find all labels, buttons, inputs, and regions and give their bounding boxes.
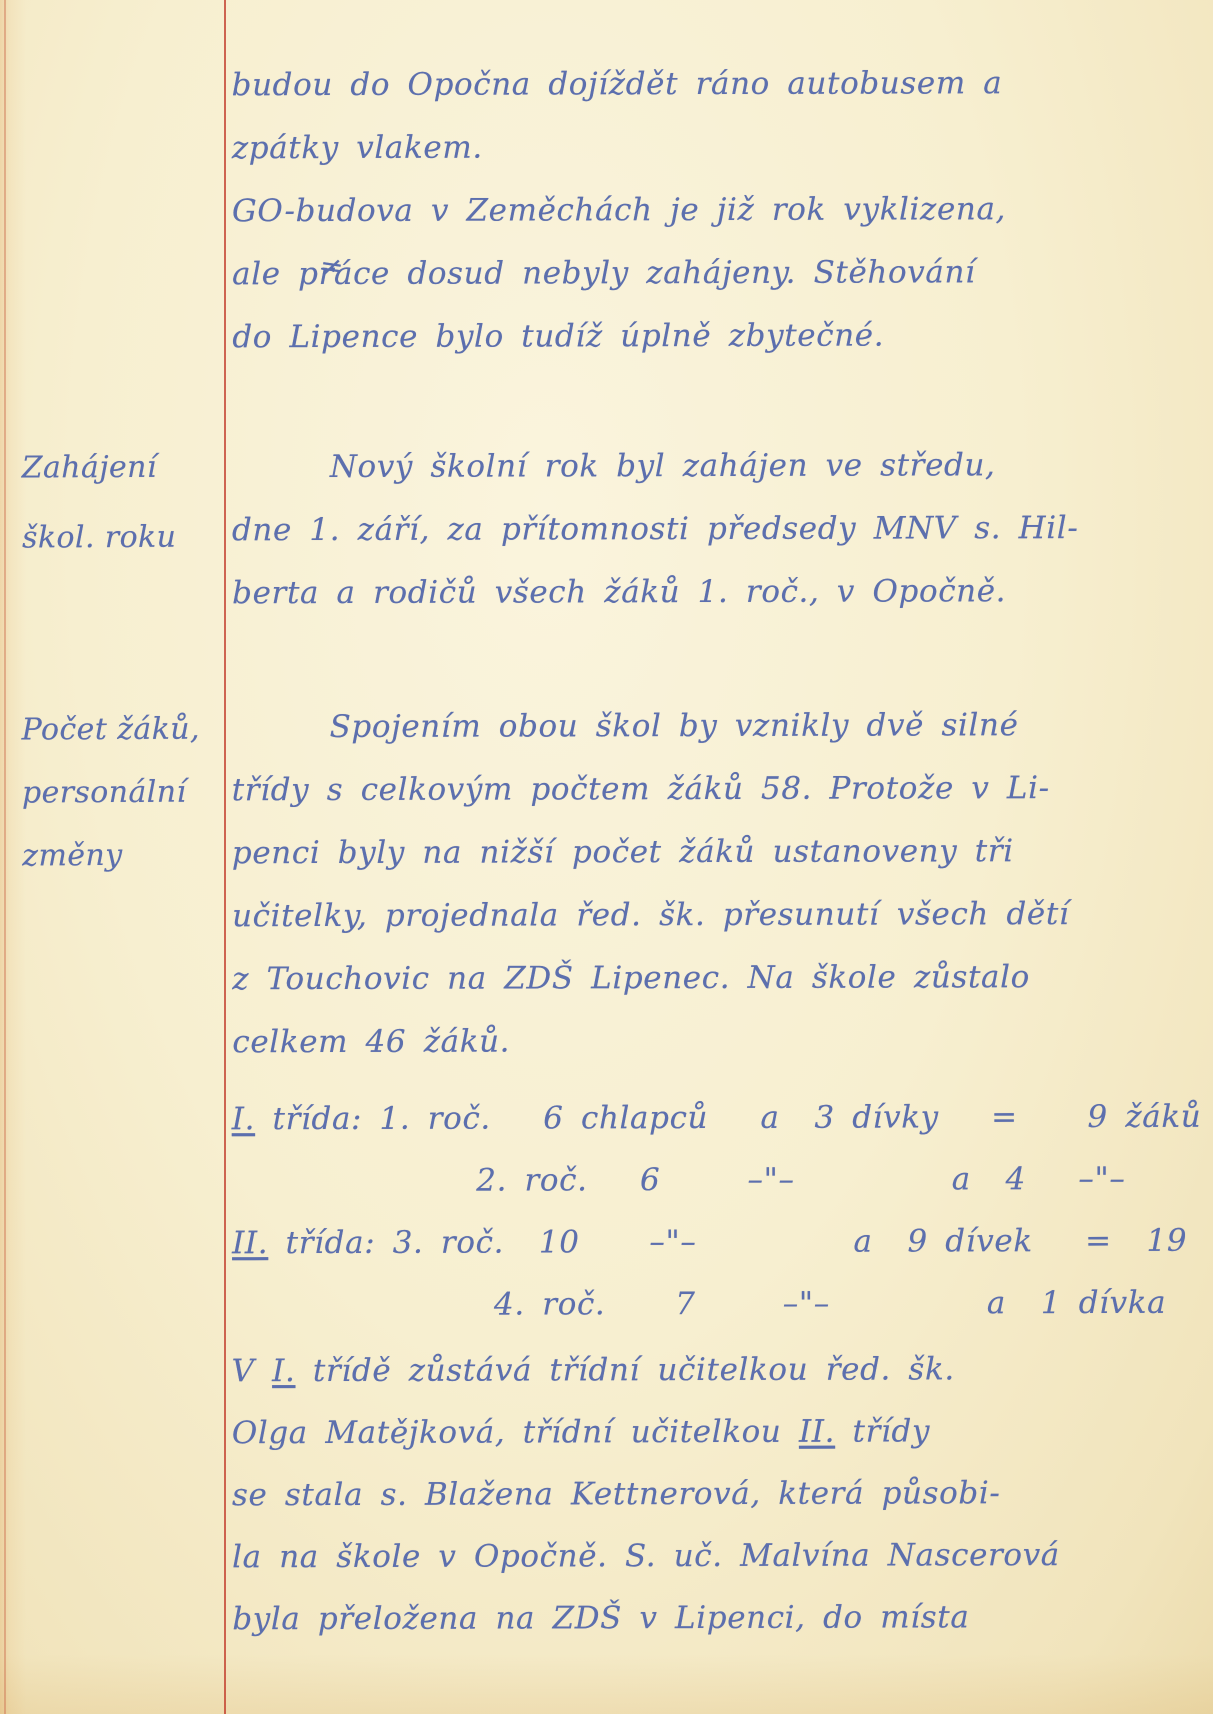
class-counts-table: I. třída: 1. roč. 6 chlapců a 3 dívky = …: [232, 1099, 1188, 1349]
handwritten-line: z Touchovic na ZDŠ Lipenec. Na škole zůs…: [232, 959, 1187, 1024]
handwritten-line: Nový školní rok byl zahájen ve středu,: [232, 447, 1187, 512]
handwritten-line: budou do Opočna dojíždět ráno autobusem …: [232, 65, 1187, 130]
table-row: 2. roč. 6 –"– a 4 –"– = 10 –"–: [232, 1161, 1187, 1226]
paragraph-pupil-numbers: Spojením obou škol by vznikly dvě silné …: [232, 707, 1188, 1087]
table-row: 4. roč. 7 –"– a 1 dívka = 8 –"–: [232, 1285, 1187, 1349]
paragraph-continuation: budou do Opočna dojíždět ráno autobusem …: [232, 65, 1188, 382]
handwritten-line: la na škole v Opočně. S. uč. Malvína Nas…: [232, 1537, 1187, 1602]
handwritten-line: byla přeložena na ZDŠ v Lipenci, do míst…: [232, 1599, 1187, 1663]
table-row: I. třída: 1. roč. 6 chlapců a 3 dívky = …: [232, 1099, 1187, 1163]
handwritten-line: učitelky, projednala řed. šk. přesunutí …: [232, 896, 1187, 961]
handwritten-line: V I. třídě zůstává třídní učitelkou řed.…: [232, 1351, 1187, 1415]
handwritten-line: celkem 46 žáků.: [232, 1022, 1187, 1087]
handwritten-line: ale práce dosud nebyly zahájeny. Stěhová…: [232, 254, 1187, 319]
handwritten-line: GO-budova v Zeměchách je již rok vyklize…: [232, 191, 1187, 256]
handwritten-line: penci byly na nižší počet žáků ustanoven…: [232, 833, 1187, 898]
handwritten-line: třídy s celkovým počtem žáků 58. Protože…: [232, 770, 1187, 835]
margin-note-line: škol. roku: [22, 520, 212, 591]
page-edge-line: [4, 0, 6, 1714]
chronicle-page: budou do Opočna dojíždět ráno autobusem …: [0, 0, 1213, 1714]
handwritten-line: se stala s. Blažena Kettnerová, která pů…: [232, 1475, 1187, 1540]
table-row: II. třída: 3. roč. 10 –"– a 9 dívek = 19…: [232, 1223, 1187, 1288]
paragraph-school-year-opening: Nový školní rok byl zahájen ve středu, d…: [232, 447, 1187, 638]
handwritten-line: zpátky vlakem.: [232, 128, 1187, 193]
handwritten-line: do Lipence bylo tudíž úplně zbytečné.: [232, 317, 1187, 382]
correction-mark: ≠: [318, 249, 346, 285]
margin-note-line: změny: [22, 838, 212, 902]
handwritten-line: dne 1. září, za přítomnosti předsedy MNV…: [232, 510, 1187, 575]
margin-note-school-year-opening: Zahájení škol. roku: [22, 450, 213, 591]
margin-note-pupil-numbers: Počet žáků, personální změny: [22, 712, 213, 902]
paragraph-class-teachers: V I. třídě zůstává třídní učitelkou řed.…: [232, 1351, 1188, 1663]
margin-note-line: Počet žáků,: [22, 712, 212, 776]
handwritten-line: berta a rodičů všech žáků 1. roč., v Opo…: [232, 573, 1187, 638]
margin-note-line: personální: [22, 775, 212, 839]
margin-note-line: Zahájení: [22, 450, 212, 521]
handwritten-line: Olga Matějková, třídní učitelkou II. tří…: [232, 1413, 1187, 1478]
red-margin-rule-line: [224, 0, 226, 1714]
handwritten-line: Spojením obou škol by vznikly dvě silné: [232, 707, 1187, 773]
